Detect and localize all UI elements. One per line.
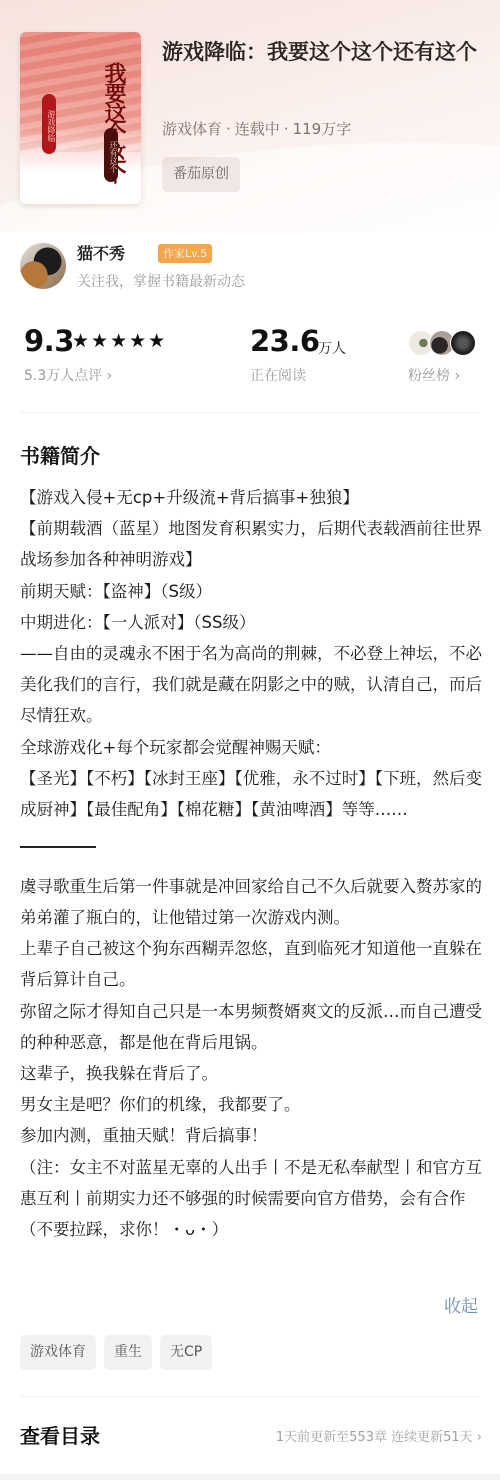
intro-line: 前期天赋：【盗神】（S级） — [20, 576, 482, 607]
book-intro: 【游戏入侵+无cp+升级流+背后搞事+独狼】 【前期载酒（蓝星）地图发育积累实力… — [20, 482, 482, 1245]
fans-rank-link[interactable]: 粉丝榜 › — [408, 366, 460, 386]
fan-avatars[interactable] — [408, 330, 478, 356]
cover-seal: 游戏降临 — [42, 94, 56, 154]
author-avatar[interactable] — [20, 243, 66, 289]
table-of-contents-row[interactable]: 查看目录 1天前更新至553章 连续更新51天 › — [20, 1418, 482, 1454]
intro-section-title: 书籍简介 — [20, 440, 100, 469]
divider — [20, 412, 480, 413]
author-follow-hint: 关注我，掌握书籍最新动态 — [77, 272, 245, 292]
section-rule — [20, 846, 96, 848]
tag-chip[interactable]: 无CP — [160, 1335, 212, 1370]
intro-line: 虞寻歌重生后第一件事就是冲回家给自己不久后就要入赘苏家的弟弟灌了瓶白的，让他错过… — [20, 871, 482, 933]
meta-separator: · — [284, 120, 289, 138]
author-row[interactable]: 猫不秀 作家Lv.5 关注我，掌握书籍最新动态 — [20, 243, 480, 293]
fan-avatar — [450, 330, 476, 356]
book-word-count: 119万字 — [293, 120, 352, 138]
intro-line: 中期进化：【一人派对】（SS级） — [20, 607, 482, 638]
intro-line: ——自由的灵魂永不困于名为高尚的荆棘，不必登上神坛，不必美化我们的言行，我们就是… — [20, 638, 482, 732]
book-meta: 游戏体育·连载中·119万字 — [162, 118, 351, 139]
collapse-intro-button[interactable]: 收起 — [444, 1293, 478, 1321]
intro-line: 【前期载酒（蓝星）地图发育积累实力，后期代表载酒前往世界战场参加各种神明游戏】 — [20, 513, 482, 575]
book-header: 游戏降临 我要这个这个 还有这个 游戏降临：我要这个这个还有这个 游戏体育·连载… — [0, 0, 500, 232]
book-title: 游戏降临：我要这个这个还有这个 — [162, 36, 482, 68]
book-status: 连载中 — [235, 120, 280, 138]
book-category: 游戏体育 — [162, 120, 222, 138]
intro-line: 【圣光】【不朽】【冰封王座】【优雅，永不过时】【下班，然后变成厨神】【最佳配角】… — [20, 763, 482, 825]
meta-separator: · — [226, 120, 231, 138]
tag-chip[interactable]: 游戏体育 — [20, 1335, 96, 1370]
readers-count: 23.6 — [250, 324, 320, 358]
section-separator — [0, 1474, 500, 1480]
intro-line: 上辈子自己被这个狗东西糊弄忽悠，直到临死才知道他一直躲在背后算计自己。 — [20, 933, 482, 995]
intro-line: 全球游戏化+每个玩家都会觉醒神赐天赋： — [20, 732, 482, 763]
author-name[interactable]: 猫不秀 — [77, 243, 125, 265]
intro-line: （注：女主不对蓝星无辜的人出手丨不是无私奉献型丨和官方互惠互利丨前期实力还不够强… — [20, 1152, 482, 1214]
tag-list: 游戏体育重生无CP — [20, 1335, 220, 1371]
readers-label: 正在阅读 — [250, 366, 306, 386]
rating-score: 9.3 — [24, 324, 74, 358]
review-count-link[interactable]: 5.3万人点评 › — [24, 366, 112, 386]
divider — [20, 1396, 480, 1397]
intro-line: 【游戏入侵+无cp+升级流+背后搞事+独狼】 — [20, 482, 482, 513]
intro-line: 参加内测，重抽天赋！背后搞事！ — [20, 1120, 482, 1151]
tag-chip[interactable]: 重生 — [104, 1335, 152, 1370]
toc-title[interactable]: 查看目录 — [20, 1420, 100, 1449]
publisher-badge: 番茄原创 — [162, 157, 240, 192]
readers-unit: 万人 — [318, 338, 346, 358]
book-cover[interactable]: 游戏降临 我要这个这个 还有这个 — [20, 32, 141, 204]
intro-line: 男女主是吧？你们的机缘，我都要了。 — [20, 1089, 482, 1120]
author-level-badge: 作家Lv.5 — [158, 244, 212, 263]
stats-row: 9.3 ★★★★★ 5.3万人点评 › 23.6 万人 正在阅读 粉丝榜 › — [0, 320, 500, 390]
intro-line: 弥留之际才得知自己只是一本男频赘婿爽文的反派…而自己遭受的种种恶意，都是他在背后… — [20, 996, 482, 1058]
cover-subtitle: 还有这个 — [104, 128, 118, 182]
intro-line: 这辈子，换我躲在背后了。 — [20, 1058, 482, 1089]
rating-stars-icon: ★★★★★ — [72, 330, 167, 352]
intro-line: （不要拉踩，求你！・ᴗ・） — [20, 1214, 482, 1245]
toc-update-info[interactable]: 1天前更新至553章 连续更新51天 › — [276, 1426, 482, 1445]
